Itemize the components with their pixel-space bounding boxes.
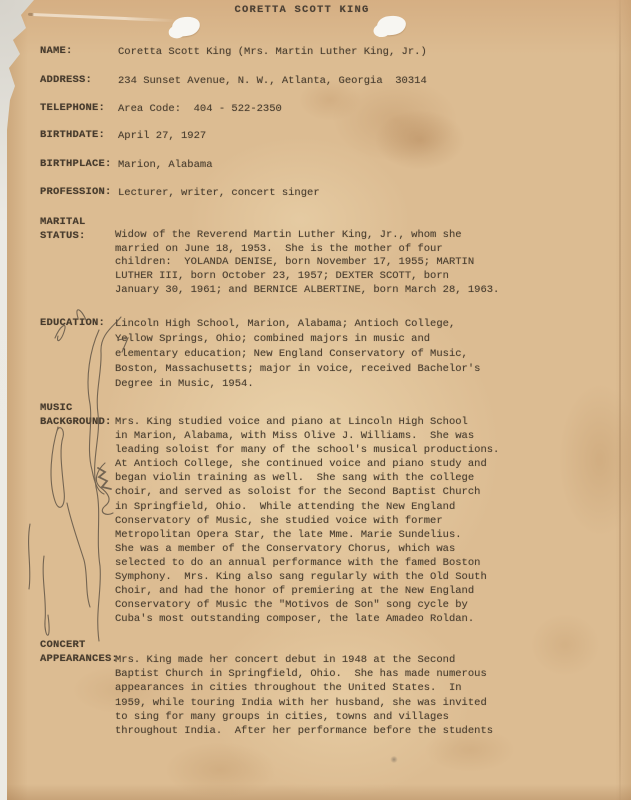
pen-stroke [98, 468, 111, 489]
field-value-address: 234 Sunset Avenue, N. W., Atlanta, Georg… [118, 74, 427, 88]
paper-speck [390, 756, 398, 763]
field-label-address: ADDRESS: [40, 74, 92, 88]
section-label-concert-appearances: CONCERT APPEARANCES: [40, 639, 118, 666]
section-text-education: Lincoln High School, Marion, Alabama; An… [115, 317, 480, 392]
field-label-name: NAME: [40, 45, 73, 59]
field-label-profession: PROFESSION: [40, 186, 112, 200]
field-label-telephone: TELEPHONE: [40, 102, 105, 116]
field-label-birthplace: BIRTHPLACE: [40, 158, 112, 172]
field-value-birthdate: April 27, 1927 [118, 129, 206, 143]
field-value-telephone: Area Code: 404 - 522-2350 [118, 102, 282, 116]
pen-stroke [43, 556, 49, 635]
section-label-education: EDUCATION: [40, 317, 105, 331]
field-label-birthdate: BIRTHDATE: [40, 129, 105, 143]
pen-stroke [96, 463, 113, 514]
page-title: CORETTA SCOTT KING [0, 4, 604, 16]
field-value-profession: Lecturer, writer, concert singer [118, 186, 320, 200]
section-text-concert-appearances: Mrs. King made her concert debut in 1948… [115, 653, 493, 738]
section-label-music-background: MUSIC BACKGROUND: [40, 402, 112, 429]
pen-stroke [67, 503, 90, 607]
paper-sheet: CORETTA SCOTT KING NAME: Coretta Scott K… [0, 0, 631, 800]
section-label-marital-status: MARITAL STATUS: [40, 216, 86, 243]
field-value-name: Coretta Scott King (Mrs. Martin Luther K… [118, 45, 427, 59]
section-text-music-background: Mrs. King studied voice and piano at Lin… [115, 415, 499, 626]
field-value-birthplace: Marion, Alabama [118, 158, 213, 172]
paper-edge-line [619, 0, 621, 800]
pen-stroke [51, 427, 64, 507]
section-text-marital-status: Widow of the Reverend Martin Luther King… [115, 229, 499, 298]
pen-stroke [29, 524, 30, 589]
punch-hole-right [376, 15, 407, 37]
